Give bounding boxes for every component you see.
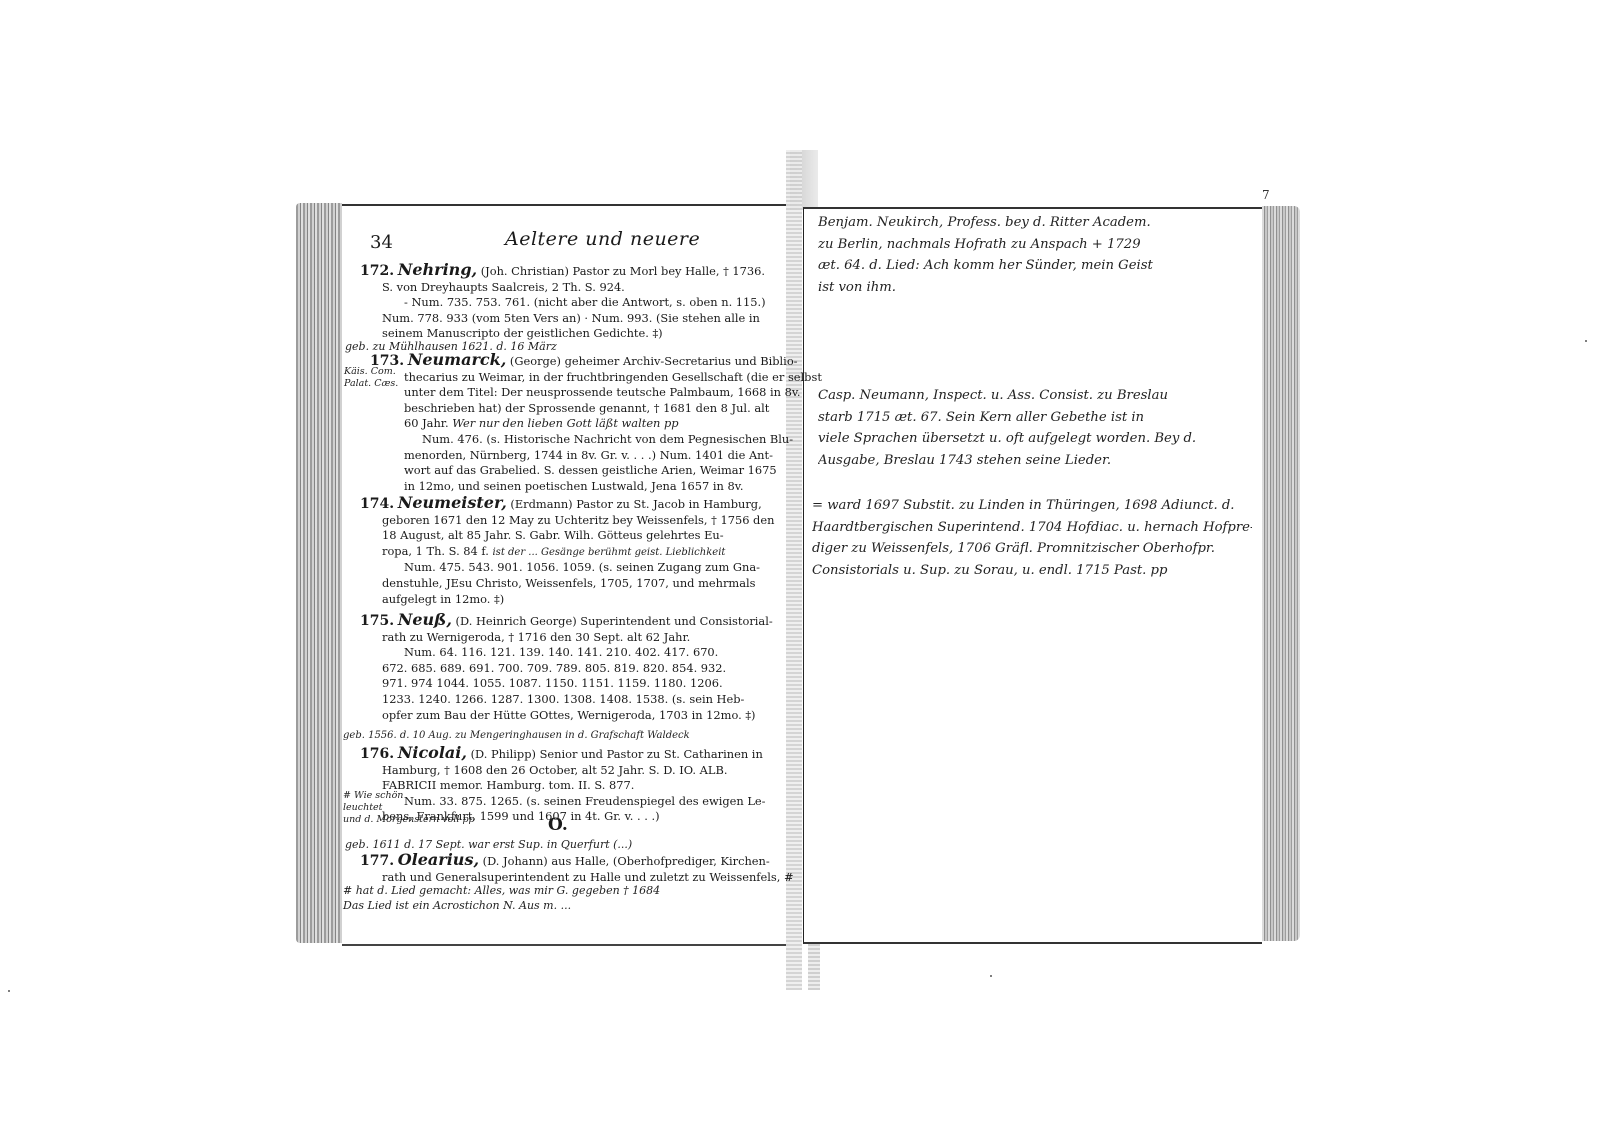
handwritten-note-neumeister: = ward 1697 Substit. zu Linden in Thürin…: [812, 495, 1252, 581]
entry-line: 971. 974 1044. 1055. 1087. 1150. 1151. 1…: [360, 676, 780, 692]
scan-speck: [1585, 340, 1587, 342]
note-line: zu Berlin, nachmals Hofrath zu Anspach +…: [818, 234, 1258, 256]
entry-line: (D. Heinrich George) Superintendent und …: [456, 614, 773, 628]
note-line: Ausgabe, Breslau 1743 stehen seine Liede…: [818, 450, 1258, 472]
spine-gutter-lower: [808, 940, 820, 990]
note-line: diger zu Weissenfels, 1706 Gräfl. Promni…: [812, 538, 1252, 560]
entry-line: (Erdmann) Pastor zu St. Jacob in Hamburg…: [510, 497, 761, 511]
note-line: Consistorials u. Sup. zu Sorau, u. endl.…: [812, 560, 1252, 582]
entry-line: (D. Philipp) Senior und Pastor zu St. Ca…: [471, 747, 763, 761]
entry-name: Nicolai,: [398, 743, 467, 762]
margin-note-line: leuchtet: [343, 802, 475, 814]
entry-line: Num. 778. 933 (vom 5ten Vers an) · Num. …: [360, 311, 780, 327]
handwritten-annotation: geb. 1556. d. 10 Aug. zu Mengeringhausen…: [343, 730, 690, 741]
note-line: starb 1715 æt. 67. Sein Kern aller Gebet…: [818, 407, 1258, 429]
entry-line: (D. Johann) aus Halle, (Oberhofprediger,…: [483, 854, 770, 868]
entry-line: Num. 64. 116. 121. 139. 140. 141. 210. 4…: [360, 645, 780, 661]
handwritten-annotation: ist der ... Gesänge berühmt geist. Liebl…: [492, 547, 725, 558]
entry-number: 173.: [370, 353, 404, 369]
scan-speck: [8, 990, 10, 992]
handwritten-annotation: # hat d. Lied gemacht: Alles, was mir G.…: [343, 884, 660, 897]
running-title: Aeltere und neuere: [505, 228, 700, 250]
entry-name: Neumarck,: [408, 350, 507, 369]
entry-line: geboren 1671 den 12 May zu Uchteritz bey…: [360, 513, 780, 529]
margin-note-line: # Wie schön: [343, 790, 475, 802]
entry-name: Neuß,: [398, 610, 452, 629]
note-line: = ward 1697 Substit. zu Linden in Thürin…: [812, 495, 1252, 517]
handwritten-annotation: Wer nur den lieben Gott läßt walten pp: [452, 416, 678, 430]
entry-line: Hamburg, † 1608 den 26 October, alt 52 J…: [360, 763, 780, 779]
entry-number: 175.: [360, 613, 394, 629]
section-letter: O.: [548, 815, 568, 835]
entry-line: thecarius zu Weimar, in der fruchtbringe…: [370, 370, 780, 386]
entry-number: 177.: [360, 853, 394, 869]
page-header: 34 Aeltere und neuere: [370, 228, 770, 256]
entry-line: Num. 475. 543. 901. 1056. 1059. (s. sein…: [360, 560, 780, 576]
note-line: Benjam. Neukirch, Profess. bey d. Ritter…: [818, 212, 1258, 234]
entry-line: aufgelegt in 12mo. ‡): [360, 592, 780, 608]
margin-note: # Wie schön leuchtet und d. Morgenstern …: [343, 790, 475, 826]
handwritten-annotation: Das Lied ist ein Acrostichon N. Aus m. .…: [343, 899, 571, 912]
entry-line: unter dem Titel: Der neusprossende teuts…: [370, 385, 780, 401]
entry-name: Neumeister,: [398, 493, 507, 512]
entry-line: menorden, Nürnberg, 1744 in 8v. Gr. v. .…: [370, 448, 780, 464]
entry-line: - Num. 735. 753. 761. (nicht aber die An…: [360, 295, 780, 311]
note-line: Haardtbergischen Superintend. 1704 Hofdi…: [812, 517, 1252, 539]
entry-line: 18 August, alt 85 Jahr. S. Gabr. Wilh. G…: [360, 528, 780, 544]
entry-number: 176.: [360, 746, 394, 762]
entry-172: 172. Nehring, (Joh. Christian) Pastor zu…: [360, 262, 780, 342]
entry-174: 174. Neumeister, (Erdmann) Pastor zu St.…: [360, 495, 780, 607]
entry-number: 174.: [360, 496, 394, 512]
entry-175: 175. Neuß, (D. Heinrich George) Superint…: [360, 612, 780, 723]
entry-name: Nehring,: [398, 260, 477, 279]
note-line: æt. 64. d. Lied: Ach komm her Sünder, me…: [818, 255, 1258, 277]
note-line: ist von ihm.: [818, 277, 1258, 299]
entry-number: 172.: [360, 263, 394, 279]
entry-line: Num. 476. (s. Historische Nachricht von …: [370, 432, 780, 448]
handwritten-note-neumann: Casp. Neumann, Inspect. u. Ass. Consist.…: [818, 385, 1258, 471]
entry-line: ropa, 1 Th. S. 84 f.: [382, 544, 489, 558]
entry-name: Olearius,: [398, 850, 479, 869]
entry-line: 60 Jahr.: [404, 416, 449, 430]
handwritten-annotation: geb. 1611 d. 17 Sept. war erst Sup. in Q…: [345, 838, 632, 851]
entry-line: wort auf das Grabelied. S. dessen geistl…: [370, 463, 780, 479]
spine-gutter: [786, 150, 802, 990]
entry-line: 672. 685. 689. 691. 700. 709. 789. 805. …: [360, 661, 780, 677]
corner-mark: 7: [1262, 188, 1270, 202]
entry-177: 177. Olearius, (D. Johann) aus Halle, (O…: [360, 852, 780, 885]
entry-line: S. von Dreyhaupts Saalcreis, 2 Th. S. 92…: [360, 280, 780, 296]
entry-line: rath und Generalsuperintendent zu Halle …: [360, 870, 780, 886]
entry-line: denstuhle, JEsu Christo, Weissenfels, 17…: [360, 576, 780, 592]
handwritten-note-neukirch: Benjam. Neukirch, Profess. bey d. Ritter…: [818, 212, 1258, 298]
margin-note-line: und d. Morgenstern voll pp: [343, 814, 475, 826]
entry-line: beschrieben hat) der Sprossende genannt,…: [370, 401, 780, 417]
note-line: viele Sprachen übersetzt u. oft aufgeleg…: [818, 428, 1258, 450]
entry-line: rath zu Wernigeroda, † 1716 den 30 Sept.…: [360, 630, 780, 646]
entry-line: opfer zum Bau der Hütte GOttes, Werniger…: [360, 708, 780, 724]
entry-line: (Joh. Christian) Pastor zu Morl bey Hall…: [481, 264, 765, 278]
entry-line: in 12mo, und seinen poetischen Lustwald,…: [370, 479, 780, 495]
entry-line: 1233. 1240. 1266. 1287. 1300. 1308. 1408…: [360, 692, 780, 708]
scanned-book-spread: 7 34 Aeltere und neuere 172. Nehring, (J…: [0, 0, 1600, 1131]
scan-speck: [990, 975, 992, 977]
page-number: 34: [370, 232, 393, 253]
entry-line: (George) geheimer Archiv-Secretarius und…: [510, 354, 798, 368]
right-page-edges: [1262, 206, 1300, 941]
left-page-edges: [296, 203, 342, 943]
entry-173: 173. Neumarck, (George) geheimer Archiv-…: [370, 352, 780, 494]
note-line: Casp. Neumann, Inspect. u. Ass. Consist.…: [818, 385, 1258, 407]
